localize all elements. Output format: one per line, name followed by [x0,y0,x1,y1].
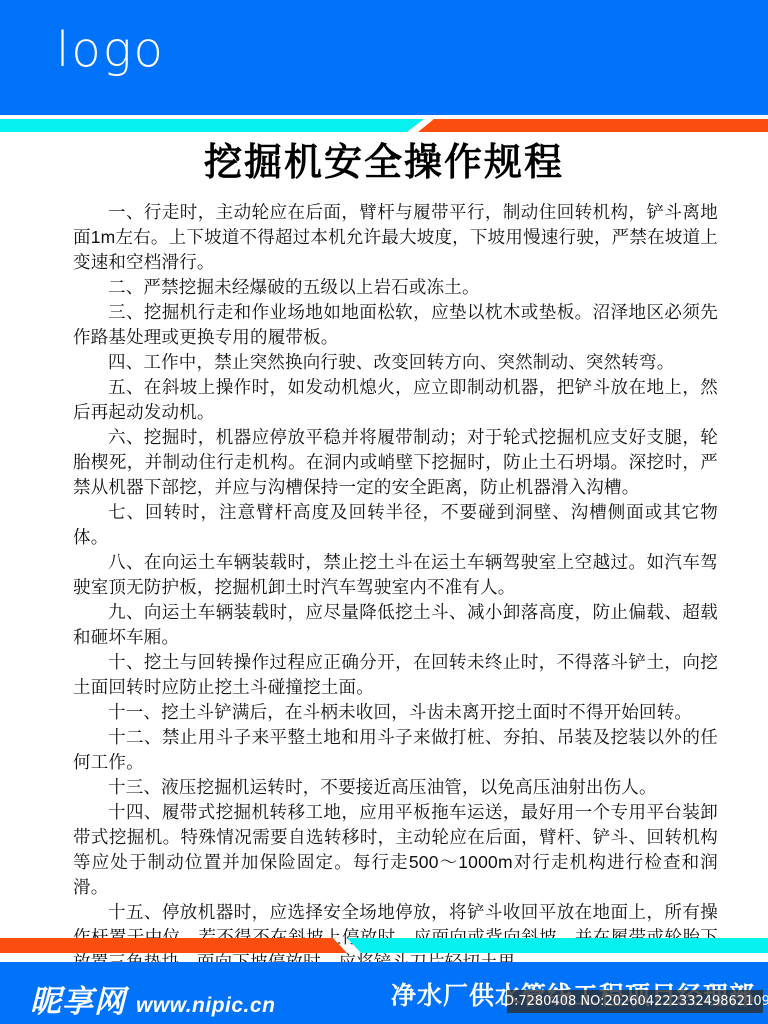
top-stripe [0,119,768,132]
rule-paragraph-3: 三、挖掘机行走和作业场地如地面松软，应垫以枕木或垫板。沼泽地区必须先作路基处理或… [73,300,718,350]
rule-paragraph-2: 二、严禁挖掘未经爆破的五级以上岩石或冻土。 [73,275,718,300]
rule-paragraph-14: 十四、履带式挖掘机转移工地，应用平板拖车运送，最好用一个专用平台装卸带式挖掘机。… [73,800,718,900]
rule-paragraph-8: 八、在向运土车辆装载时，禁止挖土斗在运土车辆驾驶室上空越过。如汽车驾驶室顶无防护… [73,550,718,600]
rule-paragraph-4: 四、工作中，禁止突然换向行驶、改变回转方向、突然制动、突然转弯。 [73,350,718,375]
rules-text-block: 一、行走时，主动轮应在后面，臂杆与履带平行，制动住回转机构，铲斗离地面1m左右。… [73,200,718,975]
header-banner: logo [0,0,768,115]
rule-paragraph-10: 十、挖土与回转操作过程应正确分开，在回转未终止时，不得落斗铲土，向挖土面回转时应… [73,650,718,700]
rule-paragraph-7: 七、回转时，注意臂杆高度及回转半径，不要碰到洞壁、沟槽侧面或其它物体。 [73,500,718,550]
footer-banner: 昵享网 www.nipic.cn 净水厂供水管线工程项目经理部 ID:72804… [0,962,768,1024]
rule-paragraph-12: 十二、禁止用斗子来平整土地和用斗子来做打桩、夯拍、吊装及挖装以外的任何工作。 [73,725,718,775]
rule-paragraph-6: 六、挖掘时，机器应停放平稳并将履带制动；对于轮式挖掘机应支好支腿，轮胎楔死，并制… [73,425,718,500]
rule-paragraph-11: 十一、挖土斗铲满后，在斗柄未收回，斗齿未离开挖土面时不得开始回转。 [73,700,718,725]
page-title: 挖掘机安全操作规程 [0,139,768,187]
site-brand: 昵享网 www.nipic.cn [30,976,275,1021]
watermark-id-badge: ID:7280408 NO:20260422233249862109 [507,990,763,1013]
rule-paragraph-5: 五、在斜坡上操作时，如发动机熄火，应立即制动机器，把铲斗放在地上，然后再起动发动… [73,375,718,425]
safety-procedure-poster: logo 挖掘机安全操作规程 一、行走时，主动轮应在后面，臂杆与履带平行，制动住… [0,0,768,1024]
logo: logo [56,22,165,80]
bottom-stripe [0,938,768,953]
site-url: www.nipic.cn [136,994,275,1018]
site-name: 昵享网 [30,976,126,1021]
rule-paragraph-9: 九、向运土车辆装载时，应尽量降低挖土斗、减小卸落高度，防止偏载、超载和砸坏车厢。 [73,600,718,650]
rule-paragraph-1: 一、行走时，主动轮应在后面，臂杆与履带平行，制动住回转机构，铲斗离地面1m左右。… [73,200,718,275]
rule-paragraph-13: 十三、液压挖掘机运转时，不要接近高压油管，以免高压油射出伤人。 [73,775,718,800]
